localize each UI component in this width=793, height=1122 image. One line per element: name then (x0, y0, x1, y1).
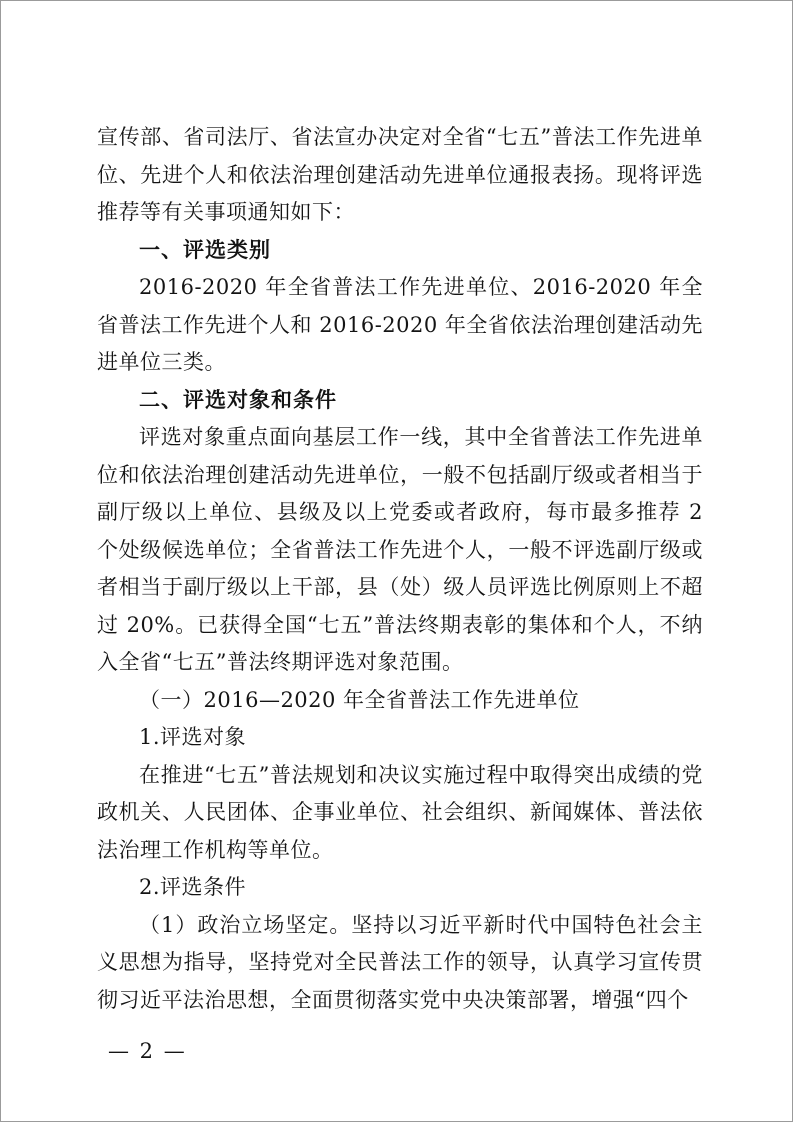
document-body: 宣传部、省司法厅、省法宣办决定对全省“七五”普法工作先进单位、先进个人和依法治理… (97, 119, 703, 1019)
page-number: — 2 — (108, 1037, 187, 1065)
paragraph: 2.评选条件 (97, 869, 703, 907)
section-heading: 二、评选对象和条件 (97, 382, 703, 420)
paragraph: 1.评选对象 (97, 719, 703, 757)
document-page: 宣传部、省司法厅、省法宣办决定对全省“七五”普法工作先进单位、先进个人和依法治理… (0, 0, 793, 1122)
paragraph: 评选对象重点面向基层工作一线，其中全省普法工作先进单位和依法治理创建活动先进单位… (97, 419, 703, 682)
paragraph: 2016-2020 年全省普法工作先进单位、2016-2020 年全省普法工作先… (97, 269, 703, 382)
paragraph: 在推进“七五”普法规划和决议实施过程中取得突出成绩的党政机关、人民团体、企事业单… (97, 757, 703, 870)
section-heading: 一、评选类别 (97, 232, 703, 270)
paragraph: 宣传部、省司法厅、省法宣办决定对全省“七五”普法工作先进单位、先进个人和依法治理… (97, 119, 703, 232)
paragraph: （1）政治立场坚定。坚持以习近平新时代中国特色社会主义思想为指导，坚持党对全民普… (97, 907, 703, 1020)
section-heading: （一）2016—2020 年全省普法工作先进单位 (97, 682, 703, 720)
